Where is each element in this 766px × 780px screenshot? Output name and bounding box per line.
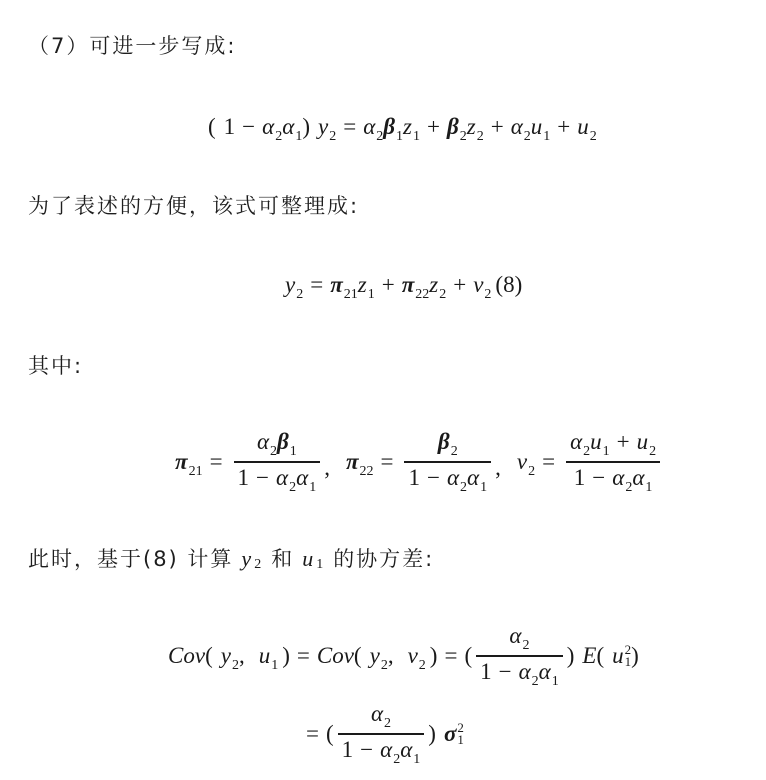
paragraph-covariance: 此时，基于(8) 计算 y2 和 u1 的协方差: [28, 543, 434, 573]
equals-sign: = [306, 721, 319, 747]
equation-label: (8) [495, 272, 522, 298]
equation-covariance-2: = ( α2 1−α2α1 ) σ21 [306, 704, 464, 764]
y-2: y2 [241, 546, 263, 572]
v-2: v2 [408, 643, 426, 669]
cov-operator: Cov [317, 643, 354, 669]
z-1: z1 [403, 114, 420, 140]
plus-sign: + [491, 114, 504, 140]
equals-sign: = [297, 643, 310, 669]
paren-open: ( [208, 114, 216, 140]
number-one: 1 [224, 114, 236, 140]
pi-22: π22 [402, 272, 430, 298]
beta-2: β2 [447, 114, 467, 140]
paren-close: ) [302, 114, 310, 140]
u-1: u1 [531, 114, 551, 140]
plus-sign: + [453, 272, 466, 298]
equation-definitions: π21 = α2β1 1−α2α1 , π22 = β2 1−α2α1 , v2… [175, 432, 664, 492]
equals-sign: = [444, 643, 457, 669]
minus-sign: − [242, 114, 255, 140]
equals-sign: = [310, 272, 323, 298]
equals-sign: = [210, 449, 223, 475]
z-1: z1 [358, 272, 375, 298]
sigma-1-squared: σ21 [444, 721, 464, 747]
comma: , [495, 455, 501, 481]
fraction-alpha-ratio: α2 1−α2α1 [476, 623, 563, 688]
expectation-operator: E [582, 643, 596, 669]
paragraph-intro: （7）可进一步写成: [28, 30, 236, 60]
plus-sign: + [427, 114, 440, 140]
z-2: z2 [429, 272, 446, 298]
equation-rewritten: ( 1 − α2 α1 ) y2 = α2 β1 z1 + β2 z2 + α2… [208, 110, 597, 144]
y-2: y2 [318, 114, 336, 140]
paragraph-rearrange: 为了表述的方便，该式可整理成: [28, 190, 359, 220]
plus-sign: + [382, 272, 395, 298]
v-2: v2 [473, 272, 491, 298]
u-1-squared: u21 [612, 643, 631, 669]
equals-sign: = [343, 114, 356, 140]
pi-21: π21 [330, 272, 358, 298]
cov-operator: Cov [168, 643, 205, 669]
beta-1: β1 [383, 114, 403, 140]
equation-covariance-1: Cov ( y2 , u1 ) = Cov ( y2 , v2 ) = ( α2… [168, 626, 639, 686]
y-2: y2 [221, 643, 239, 669]
alpha-2: α2 [511, 114, 531, 140]
z-2: z2 [467, 114, 484, 140]
pi-22: π22 [346, 449, 374, 475]
pi-21: π21 [175, 449, 203, 475]
v-2: v2 [517, 449, 535, 475]
paragraph-where: 其中: [28, 350, 83, 380]
fraction-pi22: β2 1−α2α1 [404, 429, 491, 494]
equation-8: y2 = π21 z1 + π22 z2 + v2 (8) [285, 268, 522, 302]
u-1: u1 [302, 546, 325, 572]
equals-sign: = [381, 449, 394, 475]
comma: , [324, 455, 330, 481]
u-1: u1 [259, 643, 279, 669]
equals-sign: = [542, 449, 555, 475]
u-2: u2 [577, 114, 597, 140]
alpha-2: α2 [262, 114, 282, 140]
y-2: y2 [285, 272, 303, 298]
alpha-2: α2 [363, 114, 383, 140]
y-2: y2 [370, 643, 388, 669]
fraction-alpha-ratio: α2 1−α2α1 [338, 701, 425, 766]
plus-sign: + [557, 114, 570, 140]
fraction-pi21: α2β1 1−α2α1 [234, 429, 321, 494]
alpha-1: α1 [282, 114, 302, 140]
fraction-v2: α2u1+u2 1−α2α1 [566, 429, 660, 494]
